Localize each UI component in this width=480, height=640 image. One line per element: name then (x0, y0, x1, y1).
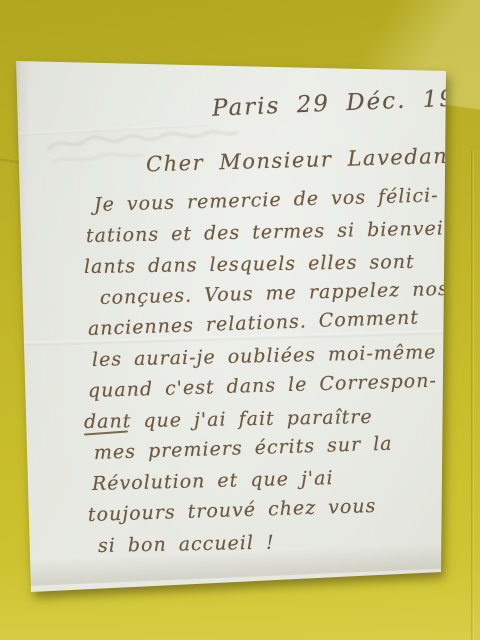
letter-photograph: Paris 29 Déc. 1902 Cher Monsieur Lavedan… (0, 0, 480, 640)
letter-dateline: Paris 29 Déc. 1902 (212, 84, 480, 122)
paper-fold-edge (1, 58, 31, 598)
handwriting-line: si bon accueil ! (98, 524, 459, 562)
letter-paper-wrapper: Paris 29 Déc. 1902 Cher Monsieur Lavedan… (0, 0, 480, 640)
letter-body: Je vous remercie de vos félici- tations … (86, 190, 458, 562)
letter-paper: Paris 29 Déc. 1902 Cher Monsieur Lavedan… (0, 0, 480, 640)
